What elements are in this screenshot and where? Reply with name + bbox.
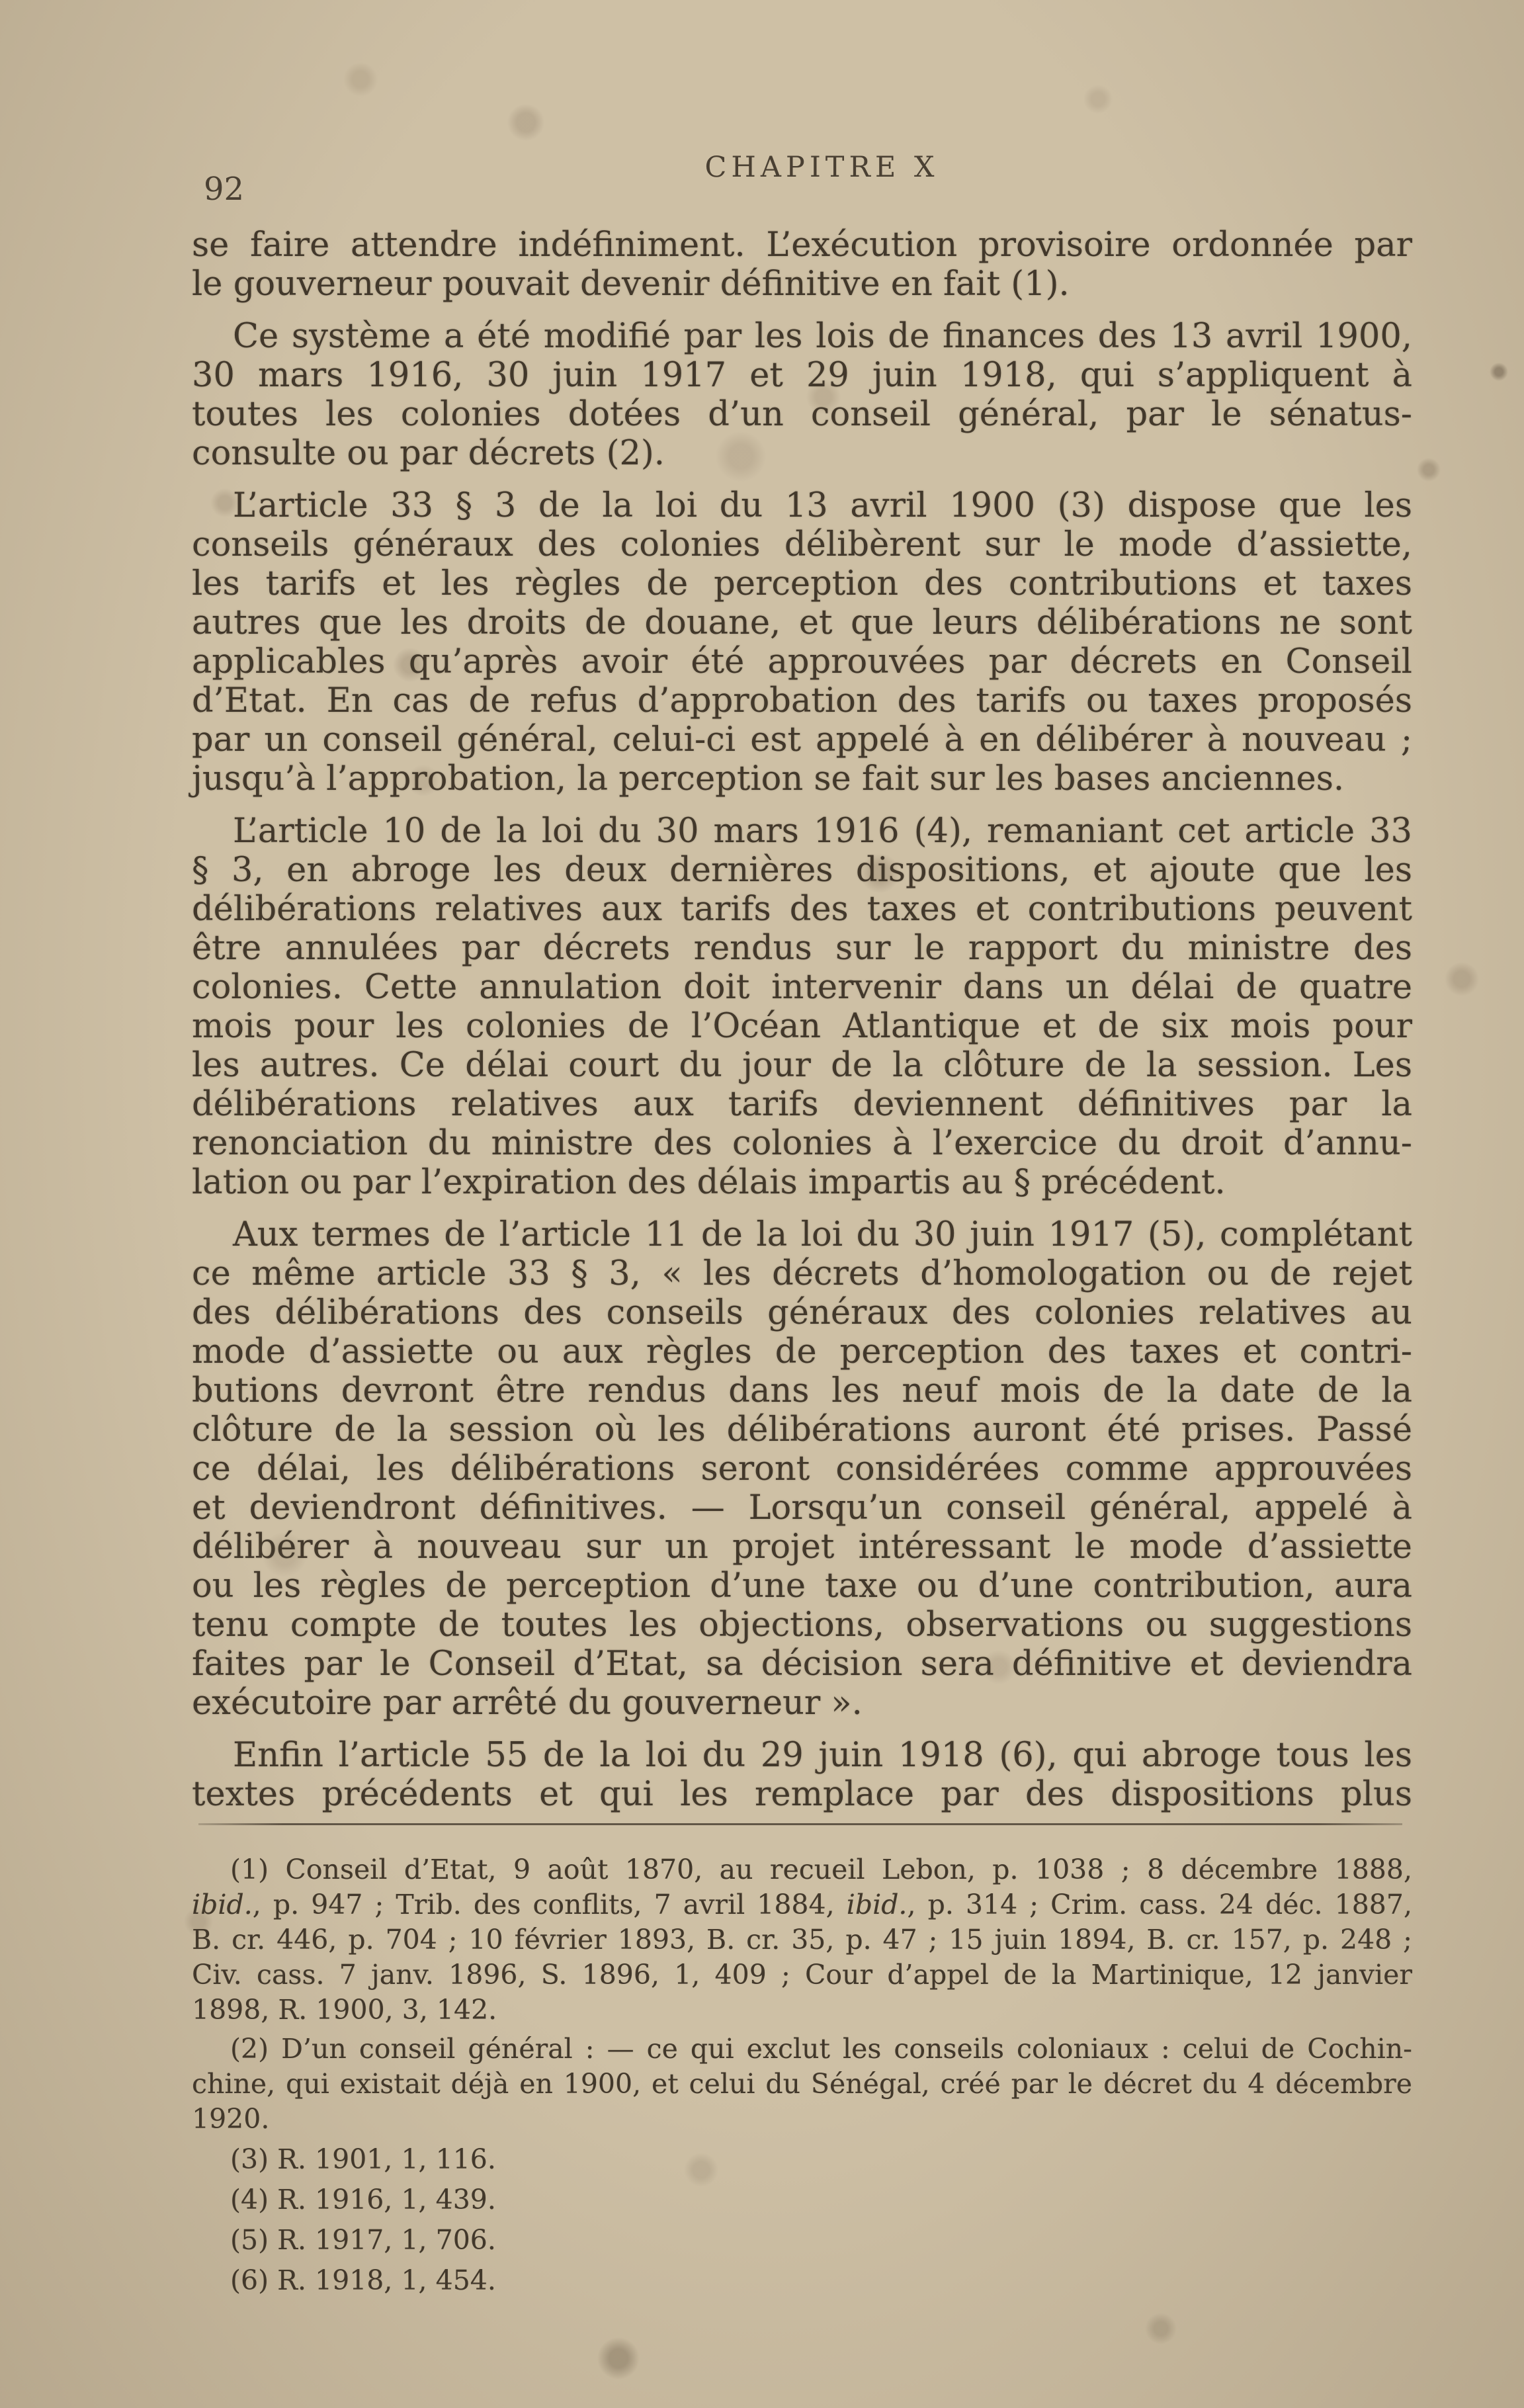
footnote-line: chine, qui existait déjà en 1900, et cel… <box>192 2067 1412 2102</box>
body-line: être annulées par décrets rendus sur le … <box>192 929 1412 968</box>
italic-ibid: ibid. <box>192 1889 253 1920</box>
footnote-5: (5) R. 1917, 1, 706. <box>192 2223 1412 2258</box>
body-line: et deviendront définitives. — Lorsqu’un … <box>192 1488 1412 1527</box>
body-line: délibérations relatives aux tarifs des t… <box>192 890 1412 929</box>
footnote-line: B. cr. 446, p. 704 ; 10 février 1893, B.… <box>192 1922 1412 1957</box>
footnote-4: (4) R. 1916, 1, 439. <box>192 2182 1412 2217</box>
footnote-line: Civ. cass. 7 janv. 1896, S. 1896, 1, 409… <box>192 1957 1412 1993</box>
body-line: lation ou par l’expiration des délais im… <box>192 1163 1412 1202</box>
body-line: renonciation du ministre des colonies à … <box>192 1124 1412 1163</box>
body-line: ce même article 33 § 3, « les décrets d’… <box>192 1254 1412 1293</box>
footnote-line: 1898, R. 1900, 3, 142. <box>192 1993 1412 2028</box>
body-line: mode d’assiette ou aux règles de percept… <box>192 1332 1412 1371</box>
footnote-line: ibid., p. 947 ; Trib. des conflits, 7 av… <box>192 1887 1412 1922</box>
paragraph-6: Enfin l’article 55 de la loi du 29 juin … <box>192 1736 1412 1814</box>
footnote-text: , p. 314 ; Crim. cass. 24 déc. 1887, <box>907 1889 1412 1920</box>
footnote-3: (3) R. 1901, 1, 116. <box>192 2142 1412 2177</box>
body-line: d’Etat. En cas de refus d’approbation de… <box>192 681 1412 720</box>
body-line: toutes les colonies dotées d’un conseil … <box>192 395 1412 434</box>
body-line: faites par le Conseil d’Etat, sa décisio… <box>192 1645 1412 1684</box>
body-line: des délibérations des conseils généraux … <box>192 1293 1412 1332</box>
italic-ibid: ibid. <box>847 1889 908 1920</box>
body-line: L’article 10 de la loi du 30 mars 1916 (… <box>192 812 1412 851</box>
body-line: se faire attendre indéfiniment. L’exécut… <box>192 226 1412 265</box>
footnote-line: (5) R. 1917, 1, 706. <box>192 2223 1412 2258</box>
footnote-line: 1920. <box>192 2102 1412 2137</box>
body-line: autres que les droits de douane, et que … <box>192 603 1412 642</box>
body-line: exécutoire par arrêté du gouverneur ». <box>192 1684 1412 1723</box>
book-page: 92 CHAPITRE X se faire attendre indéfini… <box>0 0 1524 2408</box>
page-number: 92 <box>204 173 244 205</box>
body-line: les autres. Ce délai court du jour de la… <box>192 1046 1412 1085</box>
paragraph-2: Ce système a été modifié par les lois de… <box>192 317 1412 473</box>
paragraph-1: se faire attendre indéfiniment. L’exécut… <box>192 226 1412 304</box>
body-line: Ce système a été modifié par les lois de… <box>192 317 1412 356</box>
body-line: 30 mars 1916, 30 juin 1917 et 29 juin 19… <box>192 356 1412 395</box>
body-line: ou les règles de perception d’une taxe o… <box>192 1567 1412 1606</box>
body-line: mois pour les colonies de l’Océan Atlant… <box>192 1007 1412 1046</box>
body-text: se faire attendre indéfiniment. L’exécut… <box>192 226 1412 1814</box>
footnote-1: (1) Conseil d’Etat, 9 août 1870, au recu… <box>192 1852 1412 2028</box>
body-line: Enfin l’article 55 de la loi du 29 juin … <box>192 1736 1412 1775</box>
body-line: jusqu’à l’approbation, la perception se … <box>192 759 1412 798</box>
body-line: butions devront être rendus dans les neu… <box>192 1371 1412 1410</box>
footnote-6: (6) R. 1918, 1, 454. <box>192 2263 1412 2298</box>
body-line: par un conseil général, celui-ci est app… <box>192 720 1412 759</box>
footnotes: (1) Conseil d’Etat, 9 août 1870, au recu… <box>192 1852 1412 2298</box>
footnote-divider <box>198 1823 1402 1825</box>
paragraph-3: L’article 33 § 3 de la loi du 13 avril 1… <box>192 486 1412 798</box>
body-line: Aux termes de l’article 11 de la loi du … <box>192 1215 1412 1254</box>
body-line: textes précédents et qui les remplace pa… <box>192 1775 1412 1814</box>
body-line: délibérer à nouveau sur un projet intére… <box>192 1527 1412 1567</box>
body-line: tenu compte de toutes les objections, ob… <box>192 1606 1412 1645</box>
footnote-line: (2) D’un conseil général : — ce qui excl… <box>192 2032 1412 2067</box>
body-line: L’article 33 § 3 de la loi du 13 avril 1… <box>192 486 1412 525</box>
body-line: ce délai, les délibérations seront consi… <box>192 1449 1412 1488</box>
chapter-title: CHAPITRE X <box>192 153 1412 182</box>
body-line: colonies. Cette annulation doit interven… <box>192 968 1412 1007</box>
body-line: § 3, en abroge les deux dernières dispos… <box>192 851 1412 890</box>
paragraph-5: Aux termes de l’article 11 de la loi du … <box>192 1215 1412 1723</box>
body-line: consulte ou par décrets (2). <box>192 434 1412 473</box>
body-line: délibérations relatives aux tarifs devie… <box>192 1085 1412 1124</box>
footnote-line: (1) Conseil d’Etat, 9 août 1870, au recu… <box>192 1852 1412 1887</box>
footnote-2: (2) D’un conseil général : — ce qui excl… <box>192 2032 1412 2137</box>
body-line: les tarifs et les règles de perception d… <box>192 564 1412 603</box>
body-line: applicables qu’après avoir été approuvée… <box>192 642 1412 681</box>
footnote-line: (4) R. 1916, 1, 439. <box>192 2182 1412 2217</box>
footnote-line: (3) R. 1901, 1, 116. <box>192 2142 1412 2177</box>
page-header: 92 CHAPITRE X <box>192 153 1412 200</box>
paragraph-4: L’article 10 de la loi du 30 mars 1916 (… <box>192 812 1412 1202</box>
body-line: conseils généraux des colonies délibèren… <box>192 525 1412 564</box>
body-line: clôture de la session où les délibératio… <box>192 1410 1412 1449</box>
footnote-text: , p. 947 ; Trib. des conflits, 7 avril 1… <box>253 1889 847 1920</box>
body-line: le gouverneur pouvait devenir définitive… <box>192 265 1412 304</box>
footnote-line: (6) R. 1918, 1, 454. <box>192 2263 1412 2298</box>
